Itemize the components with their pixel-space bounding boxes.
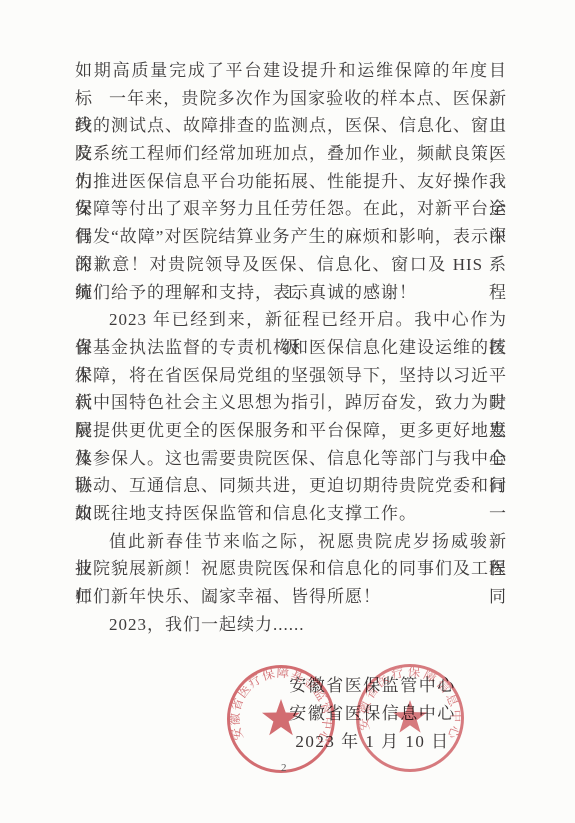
letter-line: 展提供更优更全的医保服务和平台保障，更多更好地惠及全 [75, 417, 507, 445]
letter-page: 如期高质量完成了平台建设提升和运维保障的年度目标。 一年来，贵院多次作为国家验收… [0, 0, 575, 823]
official-seal-right: 安徽省医疗保障信息中心 [354, 662, 466, 774]
letter-line: 院系统工程师们经常加班加点，叠加作业，频献良策，为我 [75, 140, 507, 168]
letter-line: 技院貌展新颜！祝愿贵院医保和信息化的同事们及工程师同 [75, 555, 507, 583]
letter-line: 保障等付出了艰辛努力且任劳任怨。在此，对新平台运行中 [75, 195, 507, 223]
letter-line: 代中国特色社会主义思想为指引，踔厉奋发，致力为贵院发 [75, 389, 507, 417]
letter-line: 们推进医保信息平台功能拓展、性能提升、友好操作、安全 [75, 168, 507, 196]
letter-body: 如期高质量完成了平台建设提升和运维保障的年度目标。 一年来，贵院多次作为国家验收… [75, 57, 507, 638]
letter-line: 2023 年已经到来，新征程已经开启。我中心作为省级医 [75, 306, 507, 334]
letter-line: 保基金执法监督的专责机构和医保信息化建设运维的技术 [75, 334, 507, 362]
letter-line: 如期高质量完成了平台建设提升和运维保障的年度目标。 [75, 57, 507, 85]
star-icon [262, 699, 300, 735]
letter-line: 线的测试点、故障排查的监测点，医保、信息化、窗口及医 [75, 112, 507, 140]
letter-line: 的歉意！对贵院领导及医保、信息化、窗口及 HIS 系统工程 [75, 251, 507, 279]
letter-line: 保障，将在省医保局党组的坚强领导下，坚持以习近平新时 [75, 362, 507, 390]
star-icon [393, 700, 427, 733]
letter-line: 一年来，贵院多次作为国家验收的样本点、医保新政上 [75, 85, 507, 113]
letter-line: 偶发“故障”对医院结算业务产生的麻烦和影响，表示深深 [75, 223, 507, 251]
letter-line: 2023，我们一起续力...... [75, 611, 507, 639]
page-number: 2 [281, 762, 287, 774]
letter-line: 体参保人。这也需要贵院医保、信息化等部门与我中心协同 [75, 445, 507, 473]
letter-line: 联动、互通信息、同频共进，更迫切期待贵院党委和行政一 [75, 472, 507, 500]
official-seal-left: 安徽省医疗保障基金监管中心 [225, 663, 337, 775]
letter-line: 值此新春佳节来临之际，祝愿贵院虎岁扬威骏新业、医 [75, 528, 507, 556]
